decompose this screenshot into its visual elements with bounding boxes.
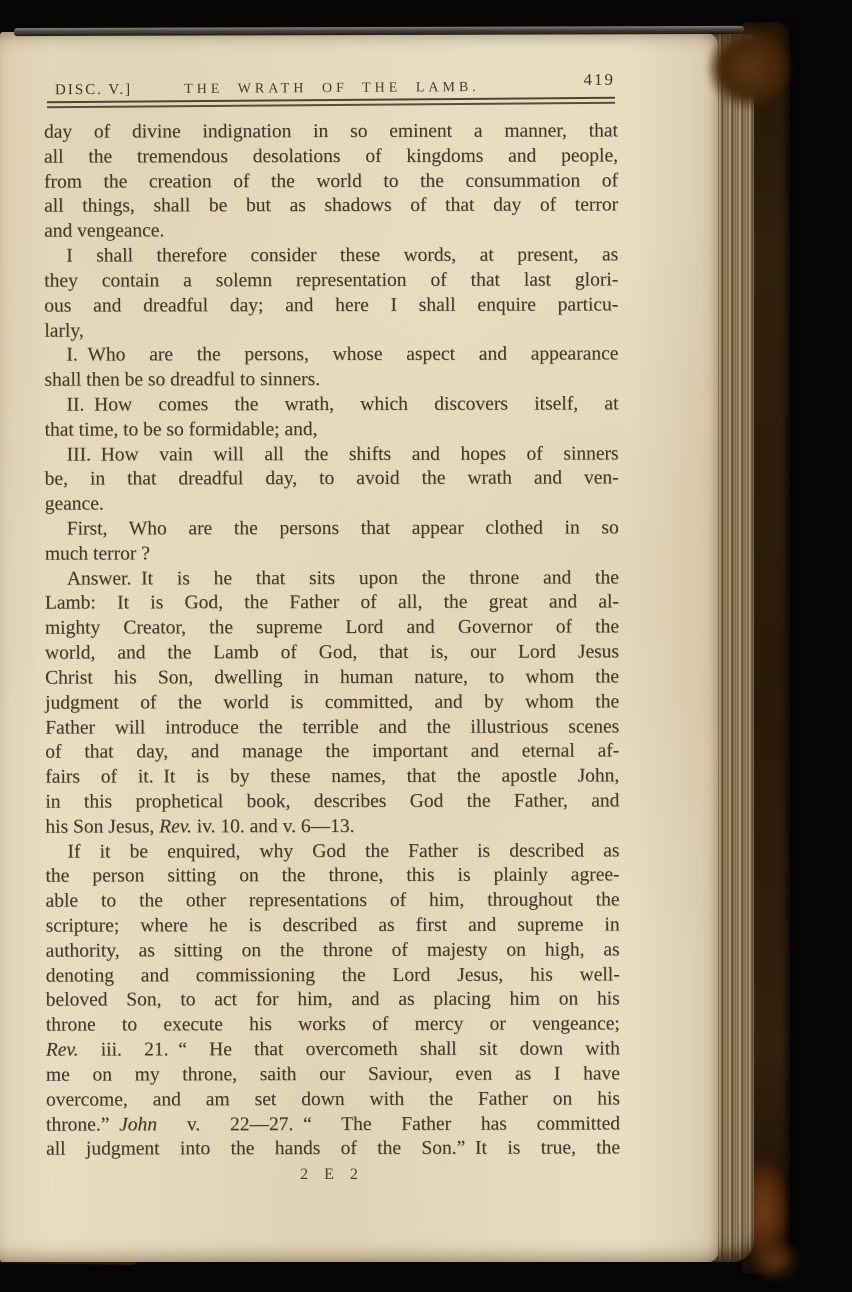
text-line: Lamb: It is God, the Father of all, the … xyxy=(45,591,619,617)
text-line: of that day, and manage the important an… xyxy=(45,740,619,766)
text-line: throne.” John v. 22—27. “ The Father has… xyxy=(46,1112,620,1138)
text-line: all the tremendous desolations of kingdo… xyxy=(44,144,618,170)
text-line: the person sitting on the throne, this i… xyxy=(45,864,619,890)
text-line: First, Who are the persons that appear c… xyxy=(45,516,619,542)
cover-corner-bottom-right xyxy=(740,1230,810,1290)
text-line: geance. xyxy=(45,492,619,518)
text-line: judgment of the world is committed, and … xyxy=(45,690,619,716)
text-line: much terror ? xyxy=(45,541,619,567)
text-line: Father will introduce the terrible and t… xyxy=(45,715,619,741)
text-line: all things, shall be but as shadows of t… xyxy=(44,194,618,220)
text-line: overcome, and am set down with the Fathe… xyxy=(46,1087,620,1113)
text-line: scripture; where he is described as firs… xyxy=(46,913,620,939)
text-line: in this prophetical book, describes God … xyxy=(45,789,619,815)
text-line: fairs of it. It is by these names, that … xyxy=(45,765,619,791)
text-line: denoting and commissioning the Lord Jesu… xyxy=(46,963,620,989)
text-line: ous and dreadful day; and here I shall e… xyxy=(44,293,618,319)
body-text: day of divine indignation in so eminent … xyxy=(44,119,620,1162)
text-line: I shall therefore consider these words, … xyxy=(44,243,618,269)
text-line: III. How vain will all the shifts and ho… xyxy=(45,442,619,468)
text-line: authority, as sitting on the throne of m… xyxy=(46,938,620,964)
text-line: Christ his Son, dwelling in human nature… xyxy=(45,665,619,691)
text-line: his Son Jesus, Rev. iv. 10. and v. 6—13. xyxy=(45,814,619,840)
book-scan: DISC. V.] THE WRATH OF THE LAMB. 419 day… xyxy=(0,0,852,1292)
text-line: Rev. iii. 21. “ He that overcometh shall… xyxy=(46,1037,620,1063)
text-line: all judgment into the hands of the Son.”… xyxy=(46,1137,620,1163)
cover-corner-top-right xyxy=(692,12,808,124)
text-line: mighty Creator, the supreme Lord and Gov… xyxy=(45,616,619,642)
text-line: and vengeance. xyxy=(44,219,618,245)
text-line: larly, xyxy=(44,318,618,344)
text-line: If it be enquired, why God the Father is… xyxy=(45,839,619,865)
text-line: world, and the Lamb of God, that is, our… xyxy=(45,640,619,666)
text-line: they contain a solemn representation of … xyxy=(44,268,618,294)
text-line: that time, to be so formidable; and, xyxy=(45,417,619,443)
text-line: from the creation of the world to the co… xyxy=(44,169,618,195)
signature-mark: 2 E 2 xyxy=(45,1166,619,1184)
text-line: able to the other representations of him… xyxy=(46,889,620,915)
page-number: 419 xyxy=(45,70,615,90)
book-page: DISC. V.] THE WRATH OF THE LAMB. 419 day… xyxy=(0,32,718,1262)
text-line: I. Who are the persons, whose aspect and… xyxy=(44,343,618,369)
text-line: day of divine indignation in so eminent … xyxy=(44,119,618,145)
text-line: beloved Son, to act for him, and as plac… xyxy=(46,988,620,1014)
text-line: me on my throne, saith our Saviour, even… xyxy=(46,1062,620,1088)
text-line: be, in that dreadful day, to avoid the w… xyxy=(45,467,619,493)
header-rule xyxy=(47,97,615,108)
text-line: II. How comes the wrath, which discovers… xyxy=(44,392,618,418)
text-line: Answer. It is he that sits upon the thro… xyxy=(45,566,619,592)
text-line: throne to execute his works of mercy or … xyxy=(46,1013,620,1039)
text-line: shall then be so dreadful to sinners. xyxy=(44,368,618,394)
